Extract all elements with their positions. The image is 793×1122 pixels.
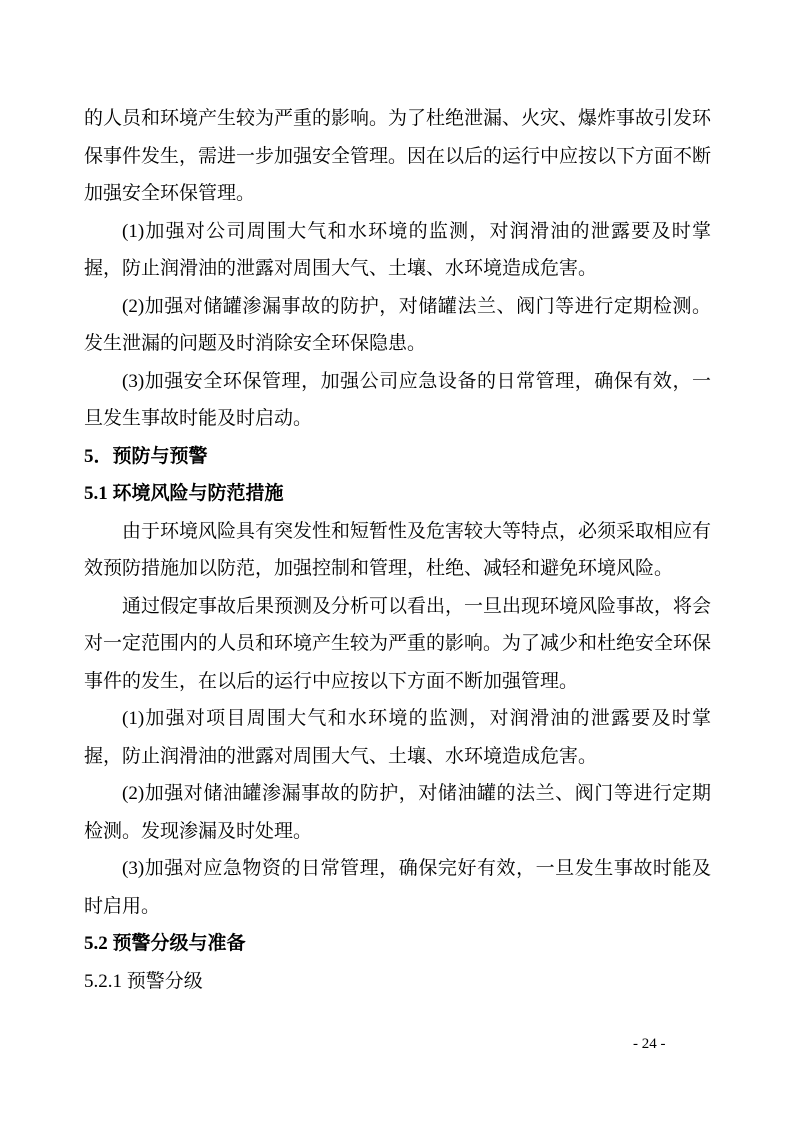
paragraph-item-2: (2)加强对储油罐渗漏事故的防护，对储油罐的法兰、阀门等进行定期检测。发现渗漏及… — [84, 775, 711, 850]
paragraph-continued: 的人员和环境产生较为严重的影响。为了杜绝泄漏、火灾、爆炸事故引发环保事件发生，需… — [84, 100, 711, 213]
paragraph: 由于环境风险具有突发性和短暂性及危害较大等特点，必须采取相应有效预防措施加以防范… — [84, 513, 711, 588]
paragraph-item-2: (2)加强对储罐渗漏事故的防护，对储罐法兰、阀门等进行定期检测。发生泄漏的问题及… — [84, 288, 711, 363]
paragraph-item-1: (1)加强对公司周围大气和水环境的监测，对润滑油的泄露要及时掌握，防止润滑油的泄… — [84, 213, 711, 288]
heading-section-5-2-1: 5.2.1 预警分级 — [84, 963, 711, 1001]
paragraph-item-3: (3)加强对应急物资的日常管理，确保完好有效，一旦发生事故时能及时启用。 — [84, 850, 711, 925]
page-number: - 24 - — [633, 1035, 693, 1053]
heading-section-5-2: 5.2 预警分级与准备 — [84, 925, 711, 963]
paragraph-item-1: (1)加强对项目周围大气和水环境的监测，对润滑油的泄露要及时掌握，防止润滑油的泄… — [84, 700, 711, 775]
heading-section-5: 5．预防与预警 — [84, 438, 711, 476]
document-page: 的人员和环境产生较为严重的影响。为了杜绝泄漏、火灾、爆炸事故引发环保事件发生，需… — [0, 0, 793, 1122]
document-body: 的人员和环境产生较为严重的影响。为了杜绝泄漏、火灾、爆炸事故引发环保事件发生，需… — [84, 100, 711, 1000]
heading-section-5-1: 5.1 环境风险与防范措施 — [84, 475, 711, 513]
paragraph-item-3: (3)加强安全环保管理，加强公司应急设备的日常管理，确保有效，一旦发生事故时能及… — [84, 363, 711, 438]
paragraph: 通过假定事故后果预测及分析可以看出，一旦出现环境风险事故，将会对一定范围内的人员… — [84, 588, 711, 701]
